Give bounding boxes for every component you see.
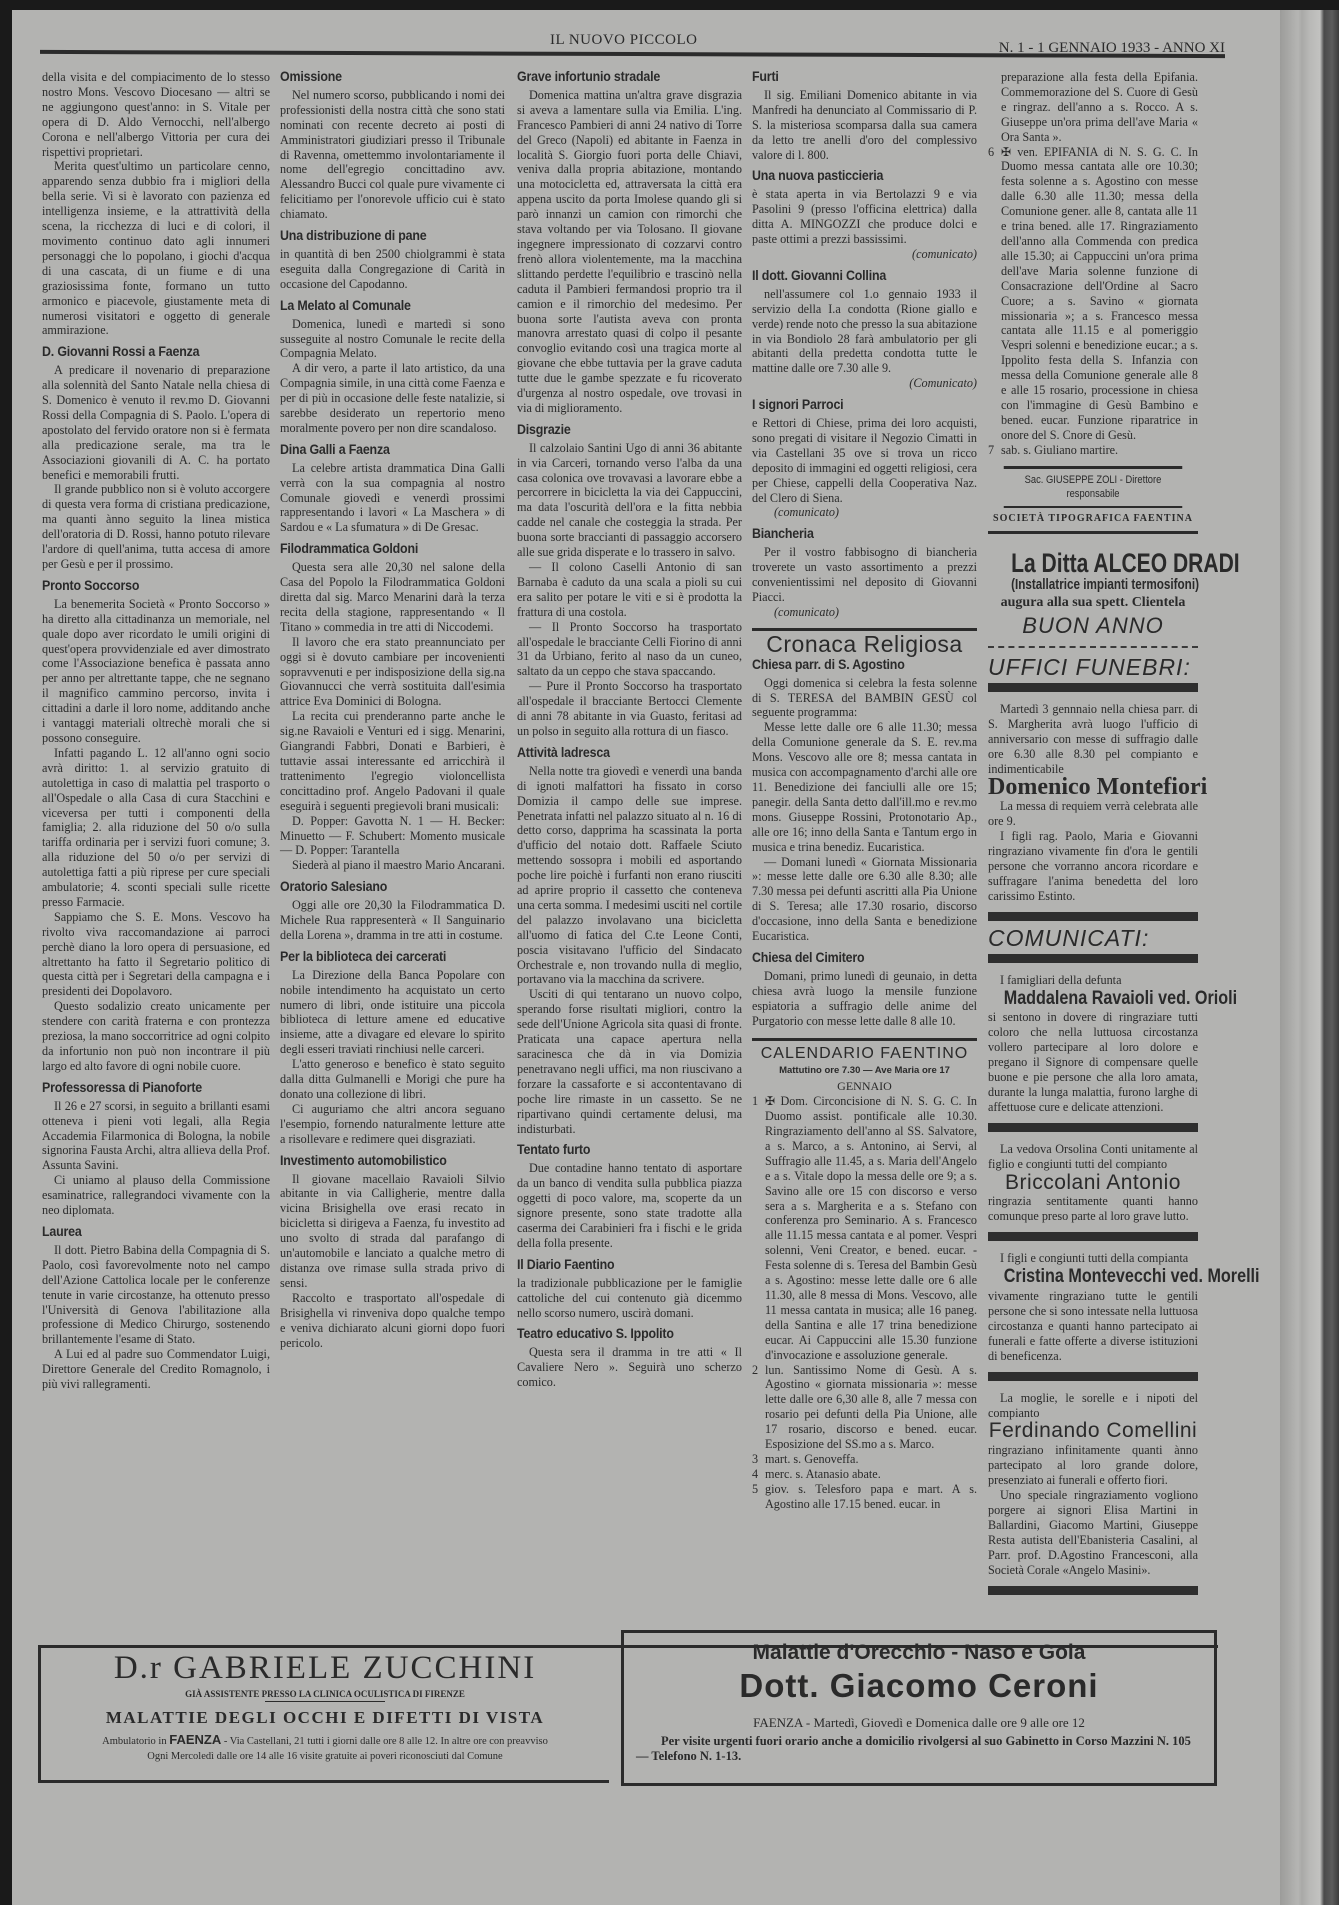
article-text: Martedì 3 gennnaio nella chiesa parr. di…	[988, 702, 1198, 777]
ad-ceroni-name: Dott. Giacomo Ceroni	[624, 1667, 1214, 1705]
article-text: Uno speciale ringraziamento vogliono por…	[988, 1488, 1198, 1577]
calendar-entry: 7sab. s. Giuliano martire.	[988, 443, 1198, 458]
black-bar-divider	[988, 683, 1198, 692]
article-text: Ci uniamo al plauso della Commissione es…	[42, 1173, 270, 1218]
article-text: — Pure il Pronto Soccorso ha trasportato…	[517, 679, 742, 739]
article-text: si sentono in dovere di ringraziare tutt…	[988, 1010, 1198, 1114]
article-text: Merita quest'ultimo un particolare cenno…	[42, 159, 270, 338]
column-5: preparazione alla festa della Epifania. …	[988, 70, 1198, 1605]
comunicato-tag: (comunicato)	[752, 505, 977, 520]
article-text: La celebre artista drammatica Dina Galli…	[280, 461, 505, 536]
printer-credit: SOCIETÀ TIPOGRAFICA FAENTINA	[988, 508, 1198, 534]
article-heading: Filodrammatica Goldoni	[280, 542, 487, 557]
calendar-text: mart. s. Genoveffa.	[765, 1452, 859, 1466]
article-heading: Biancheria	[752, 527, 959, 542]
deceased-name: Ferdinando Comellini	[988, 1424, 1198, 1439]
article-heading: Il dott. Giovanni Collina	[752, 269, 959, 284]
article-text: e Rettori di Chiese, prima dei loro acqu…	[752, 416, 977, 505]
article-heading: Oratorio Salesiano	[280, 880, 487, 895]
article-text: Questa sera alle 20,30 nel salone della …	[280, 560, 505, 635]
calendar-entry: 6✠ ven. EPIFANIA di N. S. G. C. In Duomo…	[988, 145, 1198, 443]
article-text: Sappiamo che S. E. Mons. Vescovo ha rivo…	[42, 910, 270, 999]
article-text: Per il vostro fabbisogno di biancheria t…	[752, 545, 977, 605]
calendar-day: 5	[752, 1482, 765, 1497]
article-text: La messa di requiem verrà celebrata alle…	[988, 799, 1198, 829]
director-credit: Sac. GIUSEPPE ZOLI - Direttore responsab…	[1004, 466, 1183, 509]
calendar-day: 3	[752, 1452, 765, 1467]
article-text: nell'assumere col 1.o gennaio 1933 il se…	[752, 287, 977, 376]
article-heading: La Melato al Comunale	[280, 299, 487, 314]
deceased-name: Briccolani Antonio	[988, 1176, 1198, 1191]
article-text: I figli e congiunti tutti della compiant…	[988, 1251, 1198, 1266]
calendar-text: preparazione alla festa della Epifania. …	[988, 70, 1198, 145]
black-bar-divider	[988, 1586, 1198, 1595]
column-2: Omissione Nel numero scorso, pubblicando…	[280, 70, 505, 1350]
article-heading: Professoressa di Pianoforte	[42, 1081, 252, 1096]
deceased-name: Domenico Montefiori	[988, 780, 1198, 795]
calendar-day: 6	[988, 145, 1001, 160]
ad-zucchini-name: D.r GABRIELE ZUCCHINI	[41, 1650, 609, 1687]
article-text: D. Popper: Gavotta N. 1 — H. Becker: Min…	[280, 814, 505, 859]
article-text: Raccolto e trasportato all'ospedale di B…	[280, 1291, 505, 1351]
article-text: Due contadine hanno tentato di asportare…	[517, 1161, 742, 1250]
section-title-comunicati: COMUNICATI:	[988, 931, 1198, 946]
article-heading: Omissione	[280, 70, 487, 85]
article-heading: D. Giovanni Rossi a Faenza	[42, 345, 252, 360]
article-text: L'atto generoso e benefico è stato segui…	[280, 1057, 505, 1102]
section-title-cronaca-religiosa: Cronaca Religiosa	[752, 628, 977, 652]
ad-dradi-subtitle: (Installatrice impianti termosifoni)	[1011, 578, 1175, 593]
article-text: Infatti pagando L. 12 all'anno ogni soci…	[42, 746, 270, 910]
calendar-text: ✠ Dom. Circoncisione di N. S. G. C. In D…	[765, 1094, 977, 1361]
ad-ceroni-urgent: Per visite urgenti fuori orario anche a …	[624, 1731, 1214, 1764]
article-text: la tradizionale pubblicazione per le fam…	[517, 1276, 742, 1321]
black-bar-divider	[988, 1372, 1198, 1381]
calendar-entry: 4merc. s. Atanasio abate.	[752, 1467, 977, 1482]
article-text: — Domani lunedì « Giornata Missionaria »…	[752, 855, 977, 944]
article-text: A Lui ed al padre suo Commendator Luigi,…	[42, 1347, 270, 1392]
article-text: La Direzione della Banca Popolare con no…	[280, 968, 505, 1057]
calendar-entry: 1✠ Dom. Circoncisione di N. S. G. C. In …	[752, 1094, 977, 1362]
article-heading: Dina Galli a Faenza	[280, 443, 487, 458]
ad-dradi-title: La Ditta ALCEO DRADI	[1011, 548, 1175, 578]
article-heading: Chiesa parr. di S. Agostino	[752, 658, 959, 673]
article-heading: Furti	[752, 70, 959, 85]
article-heading: Una distribuzione di pane	[280, 229, 487, 244]
black-bar-divider	[988, 954, 1198, 963]
article-text: Domenica, lunedì e martedì si sono susse…	[280, 317, 505, 362]
ad-dradi-greeting: augura alla sua spett. Clientela	[988, 596, 1198, 611]
ad-dradi-buon-anno: BUON ANNO	[988, 619, 1198, 634]
article-text: è stata aperta in via Bertolazzi 9 e via…	[752, 187, 977, 247]
calendar-day: 1	[752, 1094, 765, 1109]
calendar-title: CALENDARIO FAENTINO	[752, 1038, 977, 1062]
article-text: Il dott. Pietro Babina della Compagnia d…	[42, 1243, 270, 1347]
article-text: I figli rag. Paolo, Maria e Giovanni rin…	[988, 829, 1198, 904]
black-bar-divider	[988, 1123, 1198, 1132]
article-text: Messe lette dalle ore 6 alle 11.30; mess…	[752, 720, 977, 854]
article-text: Nella notte tra giovedì e venerdì una ba…	[517, 764, 742, 988]
ad-ceroni-specialty: Malattie d'Orecchio - Naso e Gola	[624, 1641, 1214, 1665]
article-heading: Una nuova pasticcieria	[752, 169, 959, 184]
deceased-name: Maddalena Ravaioli ved. Orioli	[1004, 992, 1183, 1007]
article-heading: Pronto Soccorso	[42, 579, 252, 594]
article-text: Domani, primo lunedì di geunaio, in dett…	[752, 969, 977, 1029]
calendar-text: merc. s. Atanasio abate.	[765, 1467, 881, 1481]
article-text: Siederà al piano il maestro Mario Ancara…	[280, 858, 505, 873]
ad-zucchini: D.r GABRIELE ZUCCHINI GIÀ ASSISTENTE PRE…	[38, 1648, 609, 1783]
masthead: IL NUOVO PICCOLO N. 1 - 1 GENNAIO 1933 -…	[40, 28, 1225, 64]
article-heading: Investimento automobilistico	[280, 1154, 487, 1169]
calendar-day: 4	[752, 1467, 765, 1482]
article-heading: I signori Parroci	[752, 398, 959, 413]
calendar-text: ✠ ven. EPIFANIA di N. S. G. C. In Duomo …	[1001, 145, 1198, 442]
article-heading: Per la biblioteca dei carcerati	[280, 950, 487, 965]
article-heading: Laurea	[42, 1225, 252, 1240]
article-heading: Il Diario Faentino	[517, 1258, 724, 1273]
article-text: La recita cui prenderanno parte anche le…	[280, 709, 505, 813]
ad-text: - Via Castellani, 21 tutti i giorni dall…	[224, 1736, 548, 1747]
article-text: A predicare il novenario di preparazione…	[42, 363, 270, 482]
ad-zucchini-hours: Ambulatorio in FAENZA - Via Castellani, …	[41, 1732, 609, 1747]
article-text: Il giovane macellaio Ravaioli Silvio abi…	[280, 1172, 505, 1291]
ad-zucchini-specialty: MALATTIE DEGLI OCCHI E DIFETTI DI VISTA	[41, 1708, 609, 1728]
black-bar-divider	[988, 1232, 1198, 1241]
calendar-entry: 2lun. Santissimo Nome di Gesù. A s. Agos…	[752, 1363, 977, 1452]
article-text: Oggi alle ore 20,30 la Filodrammatica D.…	[280, 898, 505, 943]
article-text: A dir vero, a parte il lato artistico, d…	[280, 361, 505, 436]
black-bar-divider	[988, 912, 1198, 921]
ad-city: FAENZA	[169, 1732, 221, 1747]
article-text: Il sig. Emiliani Domenico abitante in vi…	[752, 88, 977, 163]
ad-text: Ambulatorio in	[102, 1736, 166, 1747]
article-text: Il lavoro che era stato preannunciato pe…	[280, 635, 505, 710]
article-text: Questo sodalizio creato unicamente per s…	[42, 999, 270, 1074]
calendar-entry: 3mart. s. Genoveffa.	[752, 1452, 977, 1467]
article-text: Nel numero scorso, pubblicando i nomi de…	[280, 88, 505, 222]
column-3: Grave infortunio stradale Domenica matti…	[517, 70, 742, 1390]
article-text: della visita e del compiacimento de lo s…	[42, 70, 270, 159]
article-text: Il calzolaio Santini Ugo di anni 36 abit…	[517, 441, 742, 560]
article-text: Ci auguriamo che altri ancora seguano l'…	[280, 1102, 505, 1147]
section-title-uffici-funebri: UFFICI FUNEBRI:	[988, 660, 1198, 675]
article-heading: Attività ladresca	[517, 746, 724, 761]
article-text: Domenica mattina un'altra grave disgrazi…	[517, 88, 742, 416]
article-heading: Chiesa del Cimitero	[752, 951, 959, 966]
column-4: Furti Il sig. Emiliani Domenico abitante…	[752, 70, 977, 1512]
article-text: Il 26 e 27 scorsi, in seguito a brillant…	[42, 1099, 270, 1174]
deceased-name: Cristina Montevecchi ved. Morelli	[1004, 1270, 1183, 1285]
comunicato-tag: (Comunicato)	[752, 376, 977, 391]
newspaper-title: IL NUOVO PICCOLO	[550, 32, 697, 49]
ad-underline	[265, 1701, 385, 1702]
article-text: Questa sera il dramma in tre atti « Il C…	[517, 1345, 742, 1390]
article-text: I famigliari della defunta	[988, 973, 1198, 988]
calendar-text: giov. s. Telesforo papa e mart. A s. Ago…	[765, 1482, 977, 1511]
article-text: Usciti di qui tentarano un nuovo colpo, …	[517, 987, 742, 1136]
calendar-text: sab. s. Giuliano martire.	[1001, 443, 1118, 457]
article-text: vivamente ringraziano tutte le gentili p…	[988, 1289, 1198, 1364]
article-text: — Il colono Caselli Antonio di san Barna…	[517, 560, 742, 620]
article-heading: Grave infortunio stradale	[517, 70, 724, 85]
book-binding	[1280, 10, 1339, 1905]
article-text: La moglie, le sorelle e i nipoti del com…	[988, 1391, 1198, 1421]
article-text: Il grande pubblico non si è voluto accor…	[42, 482, 270, 571]
calendar-text: lun. Santissimo Nome di Gesù. A s. Agost…	[765, 1363, 977, 1452]
article-text: ringrazia sentitamente quanti hanno comu…	[988, 1194, 1198, 1224]
ad-ceroni-hours: FAENZA - Martedì, Giovedì e Domenica dal…	[624, 1715, 1214, 1731]
article-text: — Il Pronto Soccorso ha trasportato all'…	[517, 620, 742, 680]
wavy-divider	[988, 642, 1198, 648]
article-text: ringraziano infinitamente quanti ànno pa…	[988, 1443, 1198, 1488]
column-1: della visita e del compiacimento de lo s…	[42, 70, 270, 1392]
comunicato-tag: (comunicato)	[752, 605, 977, 620]
calendar-day: 2	[752, 1363, 765, 1378]
article-heading: Teatro educativo S. Ippolito	[517, 1327, 724, 1342]
ad-ceroni: Malattie d'Orecchio - Naso e Gola Dott. …	[621, 1630, 1217, 1786]
ad-zucchini-credential: GIÀ ASSISTENTE PRESSO LA CLINICA OCULIST…	[41, 1689, 609, 1699]
article-heading: Tentato furto	[517, 1143, 724, 1158]
article-heading: Disgrazie	[517, 423, 724, 438]
ad-zucchini-free-visits: Ogni Mercoledì dalle ore 14 alle 16 visi…	[41, 1751, 609, 1762]
calendar-month: GENNAIO	[752, 1079, 977, 1094]
article-text: in quantità di ben 2500 chiolgrammi è st…	[280, 247, 505, 292]
article-text: La vedova Orsolina Conti unitamente al f…	[988, 1142, 1198, 1172]
calendar-subtitle: Mattutino ore 7.30 — Ave Maria ore 17	[752, 1064, 977, 1079]
comunicato-tag: (comunicato)	[752, 247, 977, 262]
calendar-entry: 5giov. s. Telesforo papa e mart. A s. Ag…	[752, 1482, 977, 1512]
article-text: Oggi domenica si celebra la festa solenn…	[752, 676, 977, 721]
calendar-day: 7	[988, 443, 1001, 458]
article-text: La benemerita Società « Pronto Soccorso …	[42, 597, 270, 746]
